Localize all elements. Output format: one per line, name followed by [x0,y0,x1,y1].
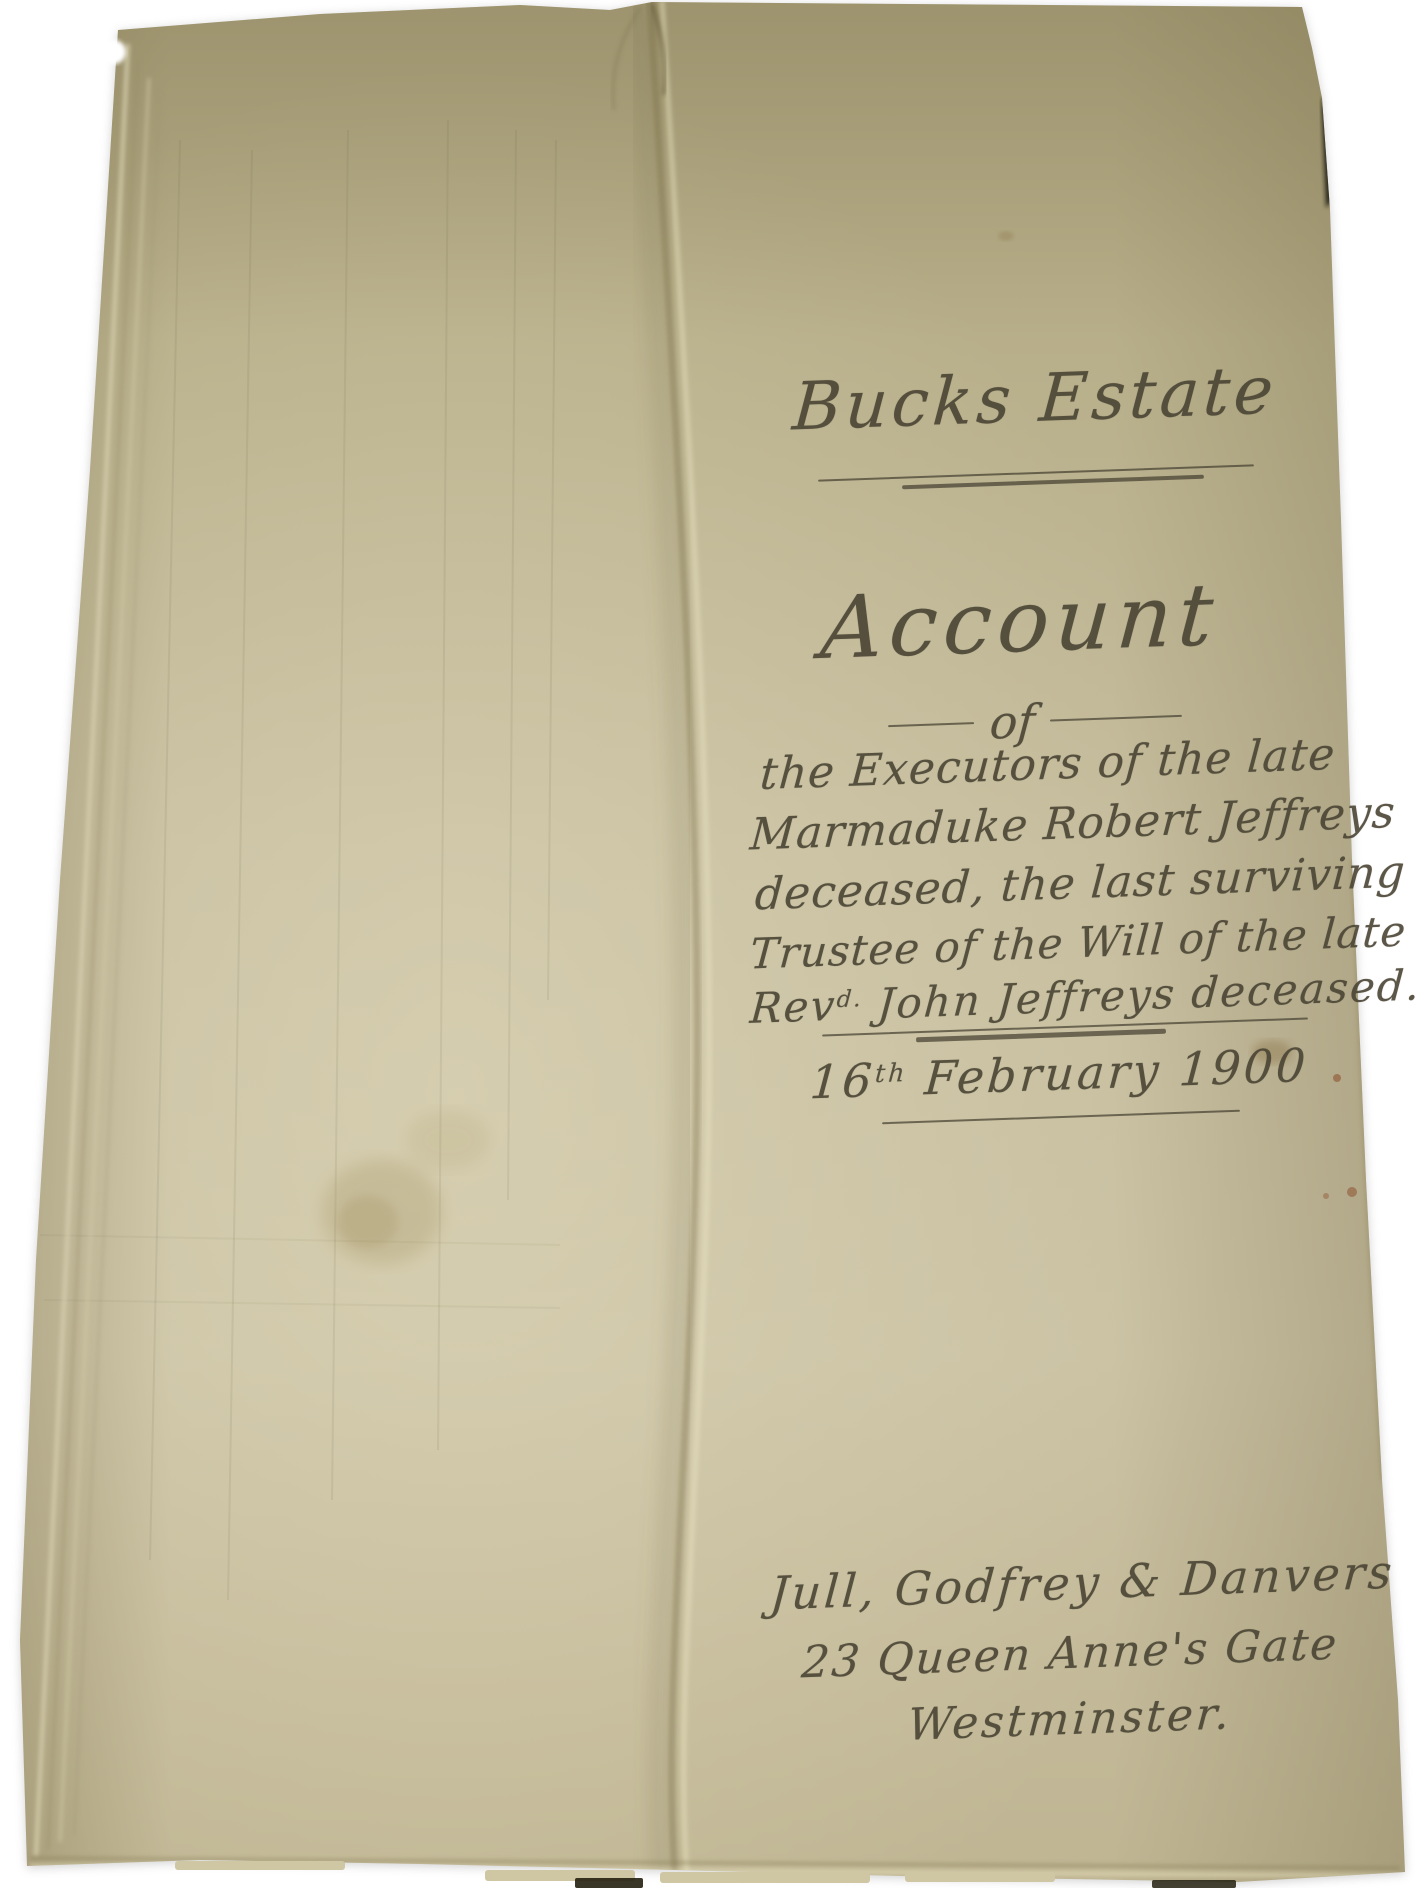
city-line: Westminster. [878,1687,1261,1751]
body-line: deceased, the last surviving [753,849,1346,921]
firm-name: Jull, Godfrey & Danvers [768,1545,1371,1620]
photo-stage: Bucks Estate Account of the Executors of… [0,0,1426,1888]
rev-prefix: Rev [748,981,838,1033]
date-line: 16th February 1900 [808,1041,1232,1110]
date-underline [882,1110,1240,1124]
body-line: Marmaduke Robert Jeffreys [748,788,1351,860]
date-rest: February 1900 [905,1038,1310,1106]
date-day: 16 [808,1053,876,1109]
body-line: the Executors of the late [758,729,1331,800]
date-ordinal: th [874,1058,908,1088]
address-line: 23 Queen Anne's Gate [798,1618,1341,1688]
of-right-rule [1050,715,1182,722]
handwriting-layer: Bucks Estate Account of the Executors of… [0,0,1426,1888]
of-left-rule [888,722,974,727]
rev-superscript: d. [836,986,864,1013]
account-heading: Account [797,564,1244,680]
page-title: Bucks Estate [767,351,1302,447]
